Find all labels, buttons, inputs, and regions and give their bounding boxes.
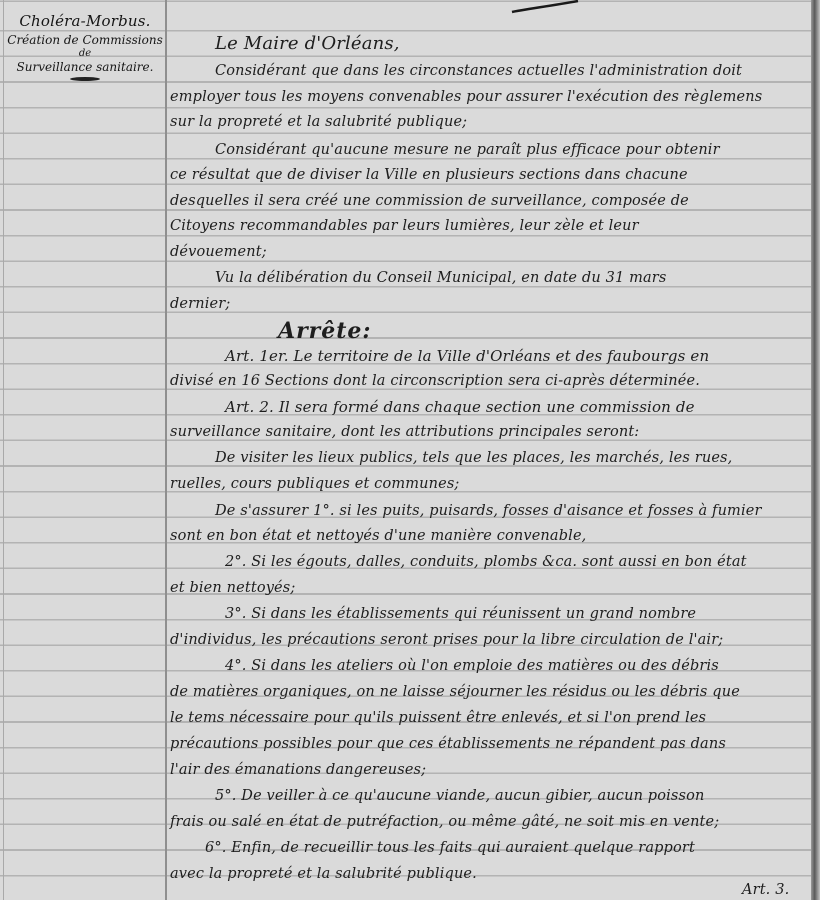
text-line: avec la propreté et la salubrité publiqu…	[170, 866, 477, 882]
text-line: l'air des émanations dangereuses;	[170, 762, 426, 778]
text-line: De s'assurer 1°. si les puits, puisards,…	[215, 503, 762, 519]
text-line: divisé en 16 Sections dont la circonscri…	[170, 373, 700, 389]
text-line: desquelles il sera créé une commission d…	[170, 193, 689, 209]
margin-note-title: Choléra-Morbus.	[6, 10, 164, 32]
text-line: frais ou salé en état de putréfaction, o…	[170, 814, 719, 830]
text-line: 5°. De veiller à ce qu'aucune viande, au…	[215, 788, 704, 804]
text-line: 4°. Si dans les ateliers où l'on emploie…	[225, 658, 719, 674]
text-line: 6°. Enfin, de recueillir tous les faits …	[205, 840, 695, 856]
text-line: sur la propreté et la salubrité publique…	[170, 114, 467, 130]
page-left-edge	[3, 0, 4, 900]
text-line: De visiter les lieux publics, tels que l…	[215, 450, 732, 466]
page-binding-edge	[811, 0, 820, 900]
text-line: et bien nettoyés;	[170, 580, 295, 596]
text-line: 3°. Si dans les établissements qui réuni…	[225, 606, 696, 622]
margin-rule	[165, 0, 167, 900]
text-line: dévouement;	[170, 244, 267, 260]
decree-heading: Le Maire d'Orléans,	[215, 33, 400, 54]
underline-swash-icon	[70, 77, 100, 81]
text-line: ce résultat que de diviser la Ville en p…	[170, 167, 688, 183]
text-line: surveillance sanitaire, dont les attribu…	[170, 424, 639, 440]
text-line: de matières organiques, on ne laisse séj…	[170, 684, 740, 700]
text-line: d'individus, les précautions seront pris…	[170, 632, 723, 648]
text-line: le tems nécessaire pour qu'ils puissent …	[170, 710, 706, 726]
margin-note: Choléra-Morbus. Création de Commissions …	[6, 10, 164, 81]
article-2-line: Art. 2. Il sera formé dans chaque sectio…	[225, 398, 695, 416]
margin-note-line-1: Création de Commissions	[6, 32, 164, 49]
article-1-line: Art. 1er. Le territoire de la Ville d'Or…	[225, 347, 709, 365]
text-line: Considérant que dans les circonstances a…	[215, 63, 742, 79]
catchword: Art. 3.	[742, 882, 789, 898]
text-line: Citoyens recommandables par leurs lumièr…	[170, 218, 639, 234]
margin-note-line-2: de	[6, 49, 164, 59]
text-line: ruelles, cours publiques et communes;	[170, 476, 459, 492]
text-line: employer tous les moyens convenables pou…	[170, 89, 762, 105]
text-line: Vu la délibération du Conseil Municipal,…	[215, 270, 666, 286]
text-line: dernier;	[170, 296, 230, 312]
arrete-heading: Arrête:	[278, 318, 372, 344]
ink-flourish-icon	[510, 0, 580, 14]
text-line: sont en bon état et nettoyés d'une maniè…	[170, 528, 586, 544]
text-line: précautions possibles pour que ces établ…	[170, 736, 726, 752]
margin-note-line-3: Surveillance sanitaire.	[6, 59, 164, 76]
text-line: 2°. Si les égouts, dalles, conduits, plo…	[225, 554, 747, 570]
text-line: Considérant qu'aucune mesure ne paraît p…	[215, 142, 720, 158]
